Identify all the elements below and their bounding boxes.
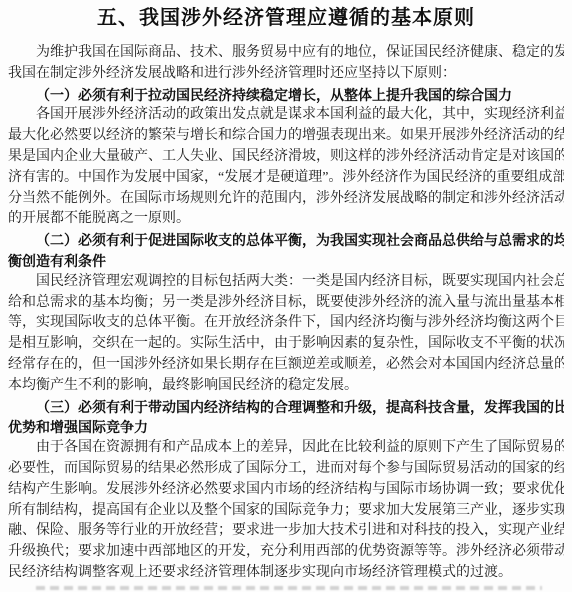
text-line: 等，实现国际收支的总体平衡。在开放经济条件下，国内经济均衡与涉外经济均衡这两个目… [8, 313, 564, 334]
text-line: 给和总需求的基本均衡；另一类是涉外经济目标，既要使涉外经济的流入量与流出量基本相 [8, 293, 564, 314]
section-heading-3-continued: 优势和增强国际竞争力 [8, 417, 564, 438]
text-line: 我国在制定涉外经济发展战略和进行涉外经济管理时还应坚持以下原则： [8, 64, 564, 85]
text-line: 民经济结构调整客观上还要求经济管理体制逐步实现向市场经济管理模式的过渡。 [8, 563, 564, 584]
section-heading-2: （二）必须有利于促进国际收支的总体平衡，为我国实现社会商品总供给与总需求的均 [8, 230, 564, 251]
text-line: 的开展都不能脱离之一原则。 [8, 209, 564, 230]
text-line: 为维护我国在国际商品、技术、服务贸易中应有的地位，保证国民经济健康、稳定的发展， [8, 43, 564, 64]
text-line: 分当然不能例外。在国际市场规则允许的范围内，涉外经济发展战略的制定和涉外经济活动 [8, 189, 564, 210]
text-line: 国民经济管理宏观调控的目标包括两大类：一类是国内经济目标，既要实现国内社会总供 [8, 272, 564, 293]
page-title: 五、我国涉外经济管理应遵循的基本原则 [8, 5, 564, 31]
text-line: 经常存在的，但一国涉外经济如果长期存在巨额逆差或顺差，必然会对本国国内经济总量的… [8, 355, 564, 376]
text-line: 最大化必然要以经济的繁荣与增长和综合国力的增强表现出来。如果开展涉外经济活动的结 [8, 126, 564, 147]
text-line: 结构产生影响。发展涉外经济必然要求国内市场的经济结构与国际市场协调一致；要求优化 [8, 480, 564, 501]
clipped-next-line-remnant [36, 586, 542, 590]
text-line: 是相互影响，交织在一起的。实际生活中，由于影响因素的复杂性，国际收支不平衡的状况… [8, 334, 564, 355]
text-line: 所有制结构，提高国有企业以及整个国家的国际竞争力；要求加大发展第三产业，逐步实现… [8, 501, 564, 522]
section-heading-1: （一）必须有利于拉动国民经济持续稳定增长，从整体上提升我国的综合国力 [8, 85, 564, 106]
text-line: 各国开展涉外经济活动的政策出发点就是谋求本国利益的最大化，其中，实现经济利益的 [8, 105, 564, 126]
text-line: 本均衡产生不利的影响，最终影响国民经济的稳定发展。 [8, 376, 564, 397]
text-line: 济有害的。中国作为发展中国家，“发展才是硬道理”。涉外经济作为国民经济的重要组成… [8, 168, 564, 189]
text-line: 由于各国在资源拥有和产品成本上的差异，因此在比较利益的原则下产生了国际贸易的 [8, 438, 564, 459]
document-page: 五、我国涉外经济管理应遵循的基本原则 为维护我国在国际商品、技术、服务贸易中应有… [0, 0, 572, 592]
text-line: 必要性，而国际贸易的结果必然形成了国际分工，进而对每个参与国际贸易活动的国家的经… [8, 459, 564, 480]
text-line: 升级换代；要求加速中西部地区的开发，充分利用西部的优势资源等等。涉外经济必须带动… [8, 542, 564, 563]
document-body: 为维护我国在国际商品、技术、服务贸易中应有的地位，保证国民经济健康、稳定的发展，… [8, 43, 564, 590]
section-heading-3: （三）必须有利于带动国内经济结构的合理调整和升级，提高科技含量，发挥我国的比较 [8, 397, 564, 418]
text-line: 融、保险、服务等行业的开放经营；要求进一步加大技术引进和对科技的投入，实现产业结… [8, 521, 564, 542]
text-line: 果是国内企业大量破产、工人失业、国民经济滑坡，则这样的涉外经济活动肯定是对该国的… [8, 147, 564, 168]
section-heading-2-continued: 衡创造有利条件 [8, 251, 564, 272]
